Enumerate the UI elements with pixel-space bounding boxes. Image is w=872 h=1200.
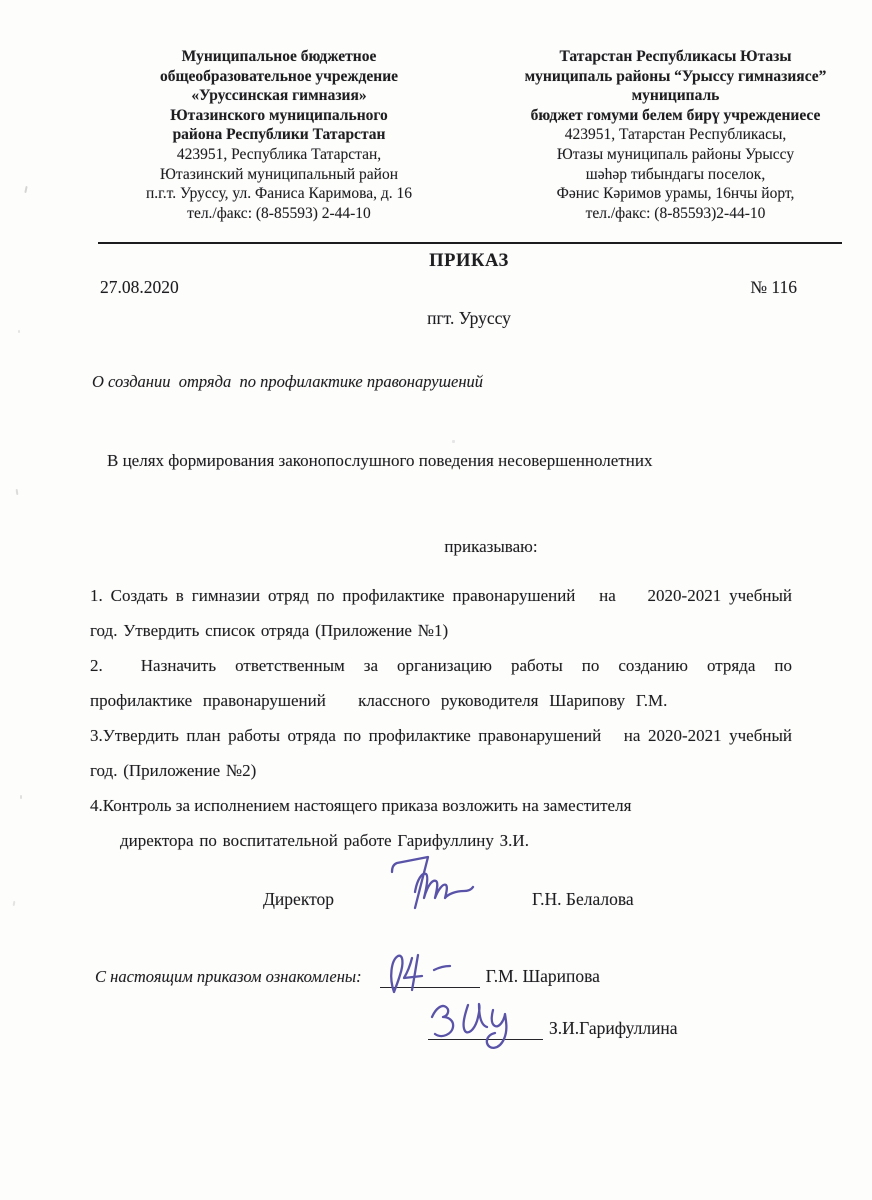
letterhead-line: бюджет гомуми белем бирү учреждениесе bbox=[509, 106, 842, 126]
order-keyword: приказываю: bbox=[90, 535, 790, 558]
scan-artifact bbox=[452, 440, 455, 443]
director-role-label: Директор bbox=[263, 886, 334, 912]
signature-line-2 bbox=[428, 1009, 543, 1040]
document-subject: О создании отряда по профилактике правон… bbox=[92, 371, 792, 392]
order-item-1: 1. Создать в гимназии отряд по профилакт… bbox=[90, 578, 792, 648]
letterhead-line: 423951, Татарстан Республикасы, bbox=[509, 125, 842, 145]
order-item-2: 2. Назначить ответственным за организаци… bbox=[90, 648, 792, 718]
scanned-order-document: Муниципальное бюджетное общеобразователь… bbox=[0, 0, 872, 1200]
letterhead-line: муниципаль районы “Урыссу гимназиясе” bbox=[509, 67, 842, 87]
letterhead-line: тел./факс: (8-85593) 2-44-10 bbox=[85, 204, 473, 224]
scan-artifact bbox=[20, 795, 22, 799]
letterhead-line: тел./факс: (8-85593)2-44-10 bbox=[509, 204, 842, 224]
letterhead-line: Фәнис Кәримов урамы, 16нчы йорт, bbox=[509, 184, 842, 204]
acknowledged-name-2: З.И.Гарифуллина bbox=[549, 1017, 678, 1040]
signature-sharipova bbox=[382, 950, 460, 994]
document-meta-row: 27.08.2020 № 116 bbox=[100, 276, 797, 298]
director-signature bbox=[382, 850, 477, 916]
signature-line-1 bbox=[380, 963, 480, 988]
scan-artifact bbox=[16, 489, 19, 495]
document-date: 27.08.2020 bbox=[100, 276, 179, 298]
letterhead-line: п.г.т. Уруссу, ул. Фаниса Каримова, д. 1… bbox=[85, 184, 473, 204]
letterhead-divider-rule bbox=[98, 242, 842, 244]
order-item-4: 4.Контроль за исполнением настоящего при… bbox=[90, 788, 792, 823]
scan-artifact bbox=[13, 901, 16, 906]
letterhead-line: района Республики Татарстан bbox=[85, 125, 473, 145]
letterhead-line: Татарстан Республикасы Ютазы bbox=[509, 47, 842, 67]
acknowledged-name-1: Г.М. Шарипова bbox=[486, 965, 600, 988]
acknowledgment-row-1: С настоящим приказом ознакомлены: Г.М. Ш… bbox=[95, 962, 872, 988]
letterhead-line: шәһәр тибындагы поселок, bbox=[509, 165, 842, 185]
letterhead-line: Ютазы муниципаль районы Урыссу bbox=[509, 145, 842, 165]
letterhead-line: «Уруссинская гимназия» bbox=[85, 86, 473, 106]
order-item-3: 3.Утвердить план работы отряда по профил… bbox=[90, 718, 792, 788]
letterhead-line: Ютазинский муниципальный район bbox=[85, 165, 473, 185]
letterhead-russian-block: Муниципальное бюджетное общеобразователь… bbox=[85, 47, 473, 223]
purpose-paragraph: В целях формирования законопослушного по… bbox=[90, 449, 792, 472]
letterhead-line: 423951, Республика Татарстан, bbox=[85, 145, 473, 165]
scan-artifact bbox=[18, 330, 20, 333]
director-name: Г.Н. Белалова bbox=[532, 886, 634, 912]
document-title: ПРИКАЗ bbox=[98, 249, 840, 273]
signature-garifullina bbox=[424, 993, 536, 1055]
letterhead: Муниципальное бюджетное общеобразователь… bbox=[0, 0, 872, 223]
document-number: № 116 bbox=[750, 276, 797, 298]
document-place: пгт. Уруссу bbox=[98, 307, 840, 329]
letterhead-line: муниципаль bbox=[509, 86, 842, 106]
director-signing-row: Директор Г.Н. Белалова bbox=[263, 866, 872, 912]
letterhead-line: Муниципальное бюджетное bbox=[85, 47, 473, 67]
letterhead-tatar-block: Татарстан Республикасы Ютазы муниципаль … bbox=[473, 47, 842, 223]
acknowledgment-row-2: З.И.Гарифуллина bbox=[428, 1006, 872, 1040]
order-items: 1. Создать в гимназии отряд по профилакт… bbox=[90, 578, 792, 858]
letterhead-line: общеобразовательное учреждение bbox=[85, 67, 473, 87]
letterhead-line: Ютазинского муниципального bbox=[85, 106, 473, 126]
acknowledgment-label: С настоящим приказом ознакомлены: bbox=[95, 966, 362, 988]
